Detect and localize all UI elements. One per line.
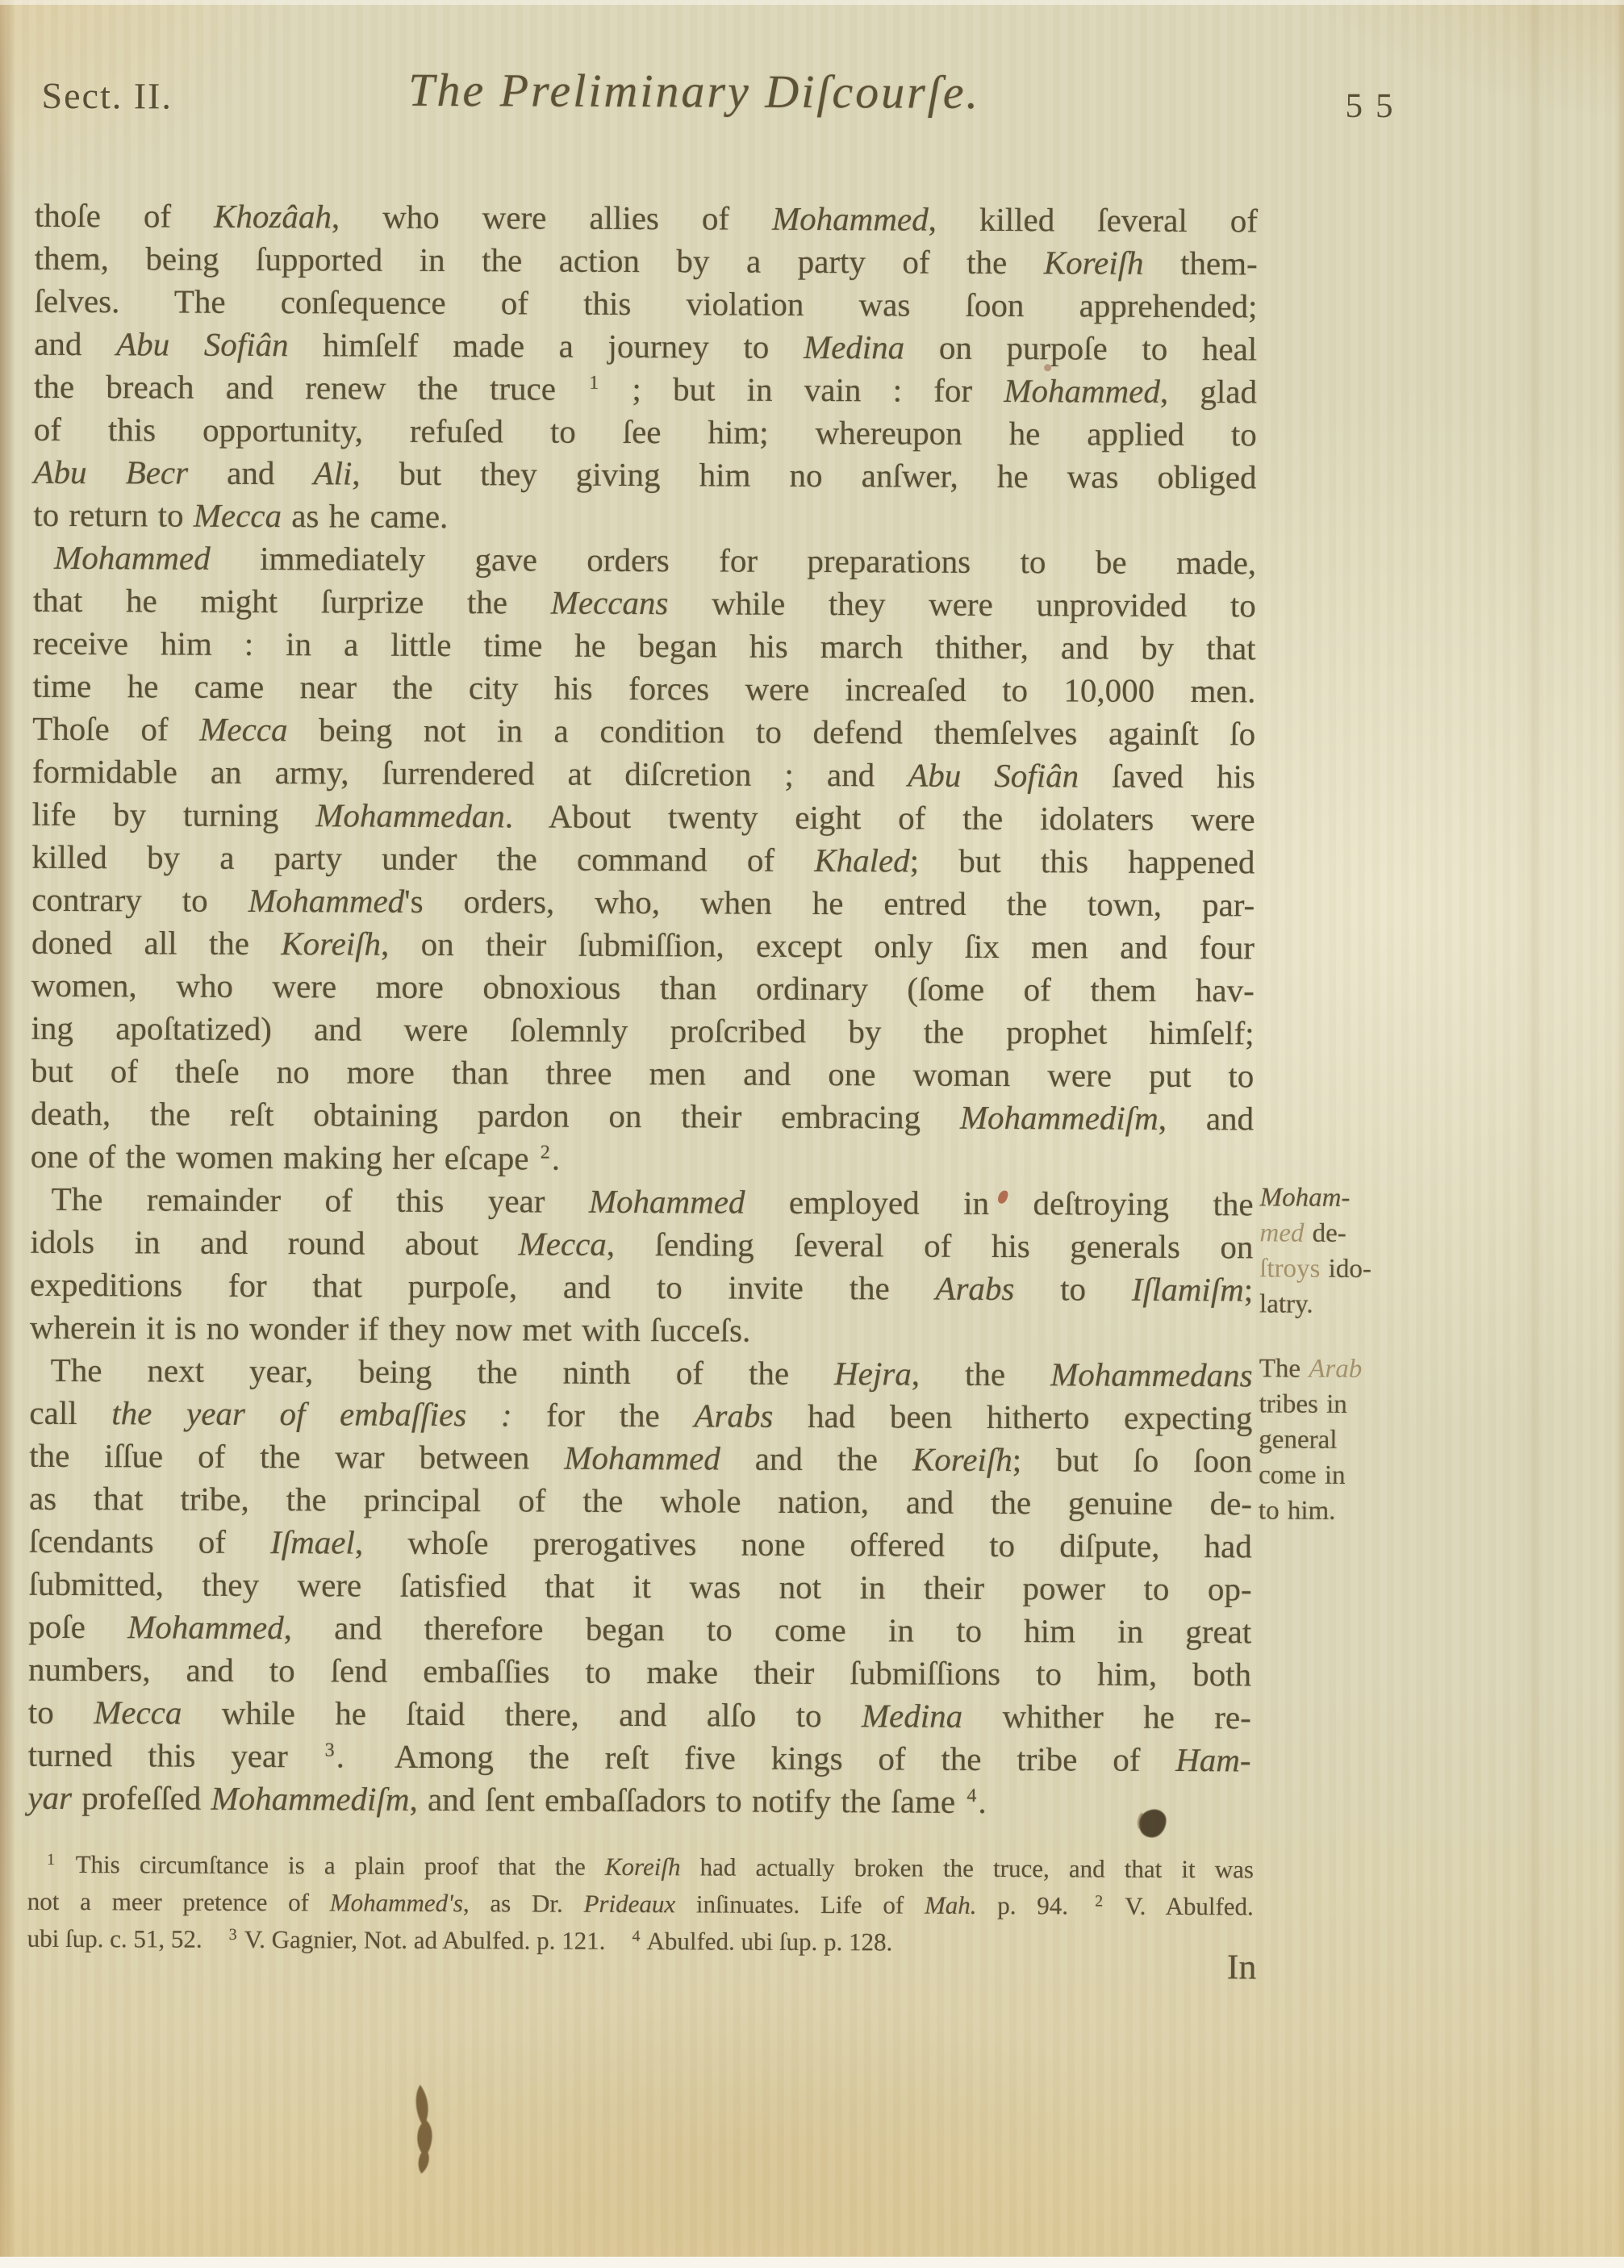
text-line: turned this year 3. Among the reſt five … bbox=[28, 1734, 1251, 1782]
text-line: general bbox=[1259, 1422, 1420, 1458]
text-line: med de- bbox=[1259, 1215, 1421, 1251]
text-line: of this opportunity, refuſed to ſee him;… bbox=[34, 408, 1257, 457]
catchword: In bbox=[1085, 1945, 1256, 1987]
text-segment: and bbox=[34, 325, 116, 362]
text-segment: not a meer pretence of bbox=[27, 1887, 330, 1917]
text-segment: The next year, being the ninth of the bbox=[51, 1351, 835, 1392]
page-number: 55 bbox=[1345, 86, 1405, 126]
text-segment: Mecca bbox=[519, 1225, 607, 1262]
text-line: death, the reſt obtaining pardon on thei… bbox=[31, 1092, 1254, 1141]
text-segment: Khaled bbox=[814, 842, 910, 879]
text-line: wherein it is no wonder if they now met … bbox=[30, 1306, 1253, 1355]
text-segment: , the bbox=[912, 1355, 1051, 1393]
text-segment: . About twenty eight of the idolaters we… bbox=[505, 797, 1255, 837]
margin-note-mohammed-destroys-idolatry: Moham-med de-ſtroys ido-latry. bbox=[1259, 1180, 1422, 1322]
text-segment: had been hitherto expecting bbox=[773, 1397, 1252, 1437]
text-line: not a meer pretence of Mohammed's, as Dr… bbox=[27, 1883, 1254, 1926]
text-line: women, who were more obnoxious than ordi… bbox=[31, 964, 1255, 1013]
text-segment: Arabs bbox=[935, 1270, 1014, 1307]
footnote-marker: 1 bbox=[47, 1851, 55, 1869]
text-segment: Arab bbox=[1309, 1355, 1362, 1384]
text-line: ing apoſtatized) and were ſolemnly proſc… bbox=[31, 1007, 1254, 1055]
text-segment: inſinuates. Life of bbox=[675, 1890, 925, 1919]
text-segment: wherein it is no wonder if they now met … bbox=[30, 1309, 751, 1349]
text-segment: as that tribe, the principal of the whol… bbox=[29, 1480, 1252, 1522]
text-line: yar profeſſed Mohammediſm, and ſent emba… bbox=[27, 1777, 1250, 1825]
text-segment: doned all the bbox=[31, 924, 282, 962]
text-line: Mohammed immediately gave orders for pre… bbox=[33, 537, 1256, 585]
text-segment: , as Dr. bbox=[463, 1889, 584, 1918]
footnote-marker: 4 bbox=[966, 1786, 976, 1806]
page-content: Sect. II. The Preliminary Diſcourſe. 55 … bbox=[0, 0, 1624, 2268]
text-segment: death, the reſt obtaining pardon on thei… bbox=[31, 1095, 960, 1136]
text-segment: them, being ſupported in the action by a… bbox=[35, 240, 1044, 281]
text-line: time he came near the city his forces we… bbox=[32, 665, 1255, 713]
text-segment: Koreiſh bbox=[605, 1852, 681, 1881]
text-segment: 's orders, who, when he entred the town,… bbox=[404, 883, 1255, 924]
text-segment: Arabs bbox=[694, 1397, 773, 1434]
text-segment: med bbox=[1259, 1218, 1304, 1247]
text-segment: Koreiſh bbox=[1044, 244, 1144, 282]
text-segment: . bbox=[978, 1783, 986, 1820]
text-segment: Ham- bbox=[1175, 1741, 1251, 1778]
text-segment: profeſſed bbox=[72, 1779, 211, 1817]
text-segment: Mohammed bbox=[1004, 372, 1160, 410]
text-segment: , on their ſubmiſſion, except only ſix m… bbox=[381, 925, 1255, 967]
text-line: as that tribe, the principal of the whol… bbox=[29, 1477, 1252, 1526]
text-line: and Abu Sofiân himſelf made a journey to… bbox=[34, 323, 1257, 371]
text-segment: Mohammed bbox=[248, 882, 405, 920]
text-segment: The bbox=[1259, 1354, 1309, 1383]
footnote-marker: 2 bbox=[541, 1142, 550, 1163]
text-segment: the iſſue of the war between bbox=[29, 1437, 564, 1476]
text-segment: the year of embaſſies : bbox=[111, 1394, 511, 1433]
text-segment: ſcendants of bbox=[29, 1522, 271, 1560]
text-segment: , and therefore began to come in to him … bbox=[284, 1609, 1252, 1650]
text-segment: The remainder of this year bbox=[52, 1180, 589, 1220]
text-segment: Mecca bbox=[94, 1694, 182, 1731]
text-segment: Medina bbox=[862, 1697, 962, 1735]
text-line: ſcendants of Iſmael, whoſe prerogatives … bbox=[29, 1520, 1252, 1568]
text-segment: them- bbox=[1143, 244, 1257, 282]
text-segment: numbers, and to ſend embaſſies to make t… bbox=[28, 1651, 1251, 1694]
text-line: tribes in bbox=[1259, 1386, 1420, 1422]
text-segment: whither he re- bbox=[962, 1698, 1251, 1736]
text-segment: ubi ſup. c. 51, 52. bbox=[27, 1924, 228, 1953]
text-segment: , glad bbox=[1160, 373, 1257, 411]
text-segment: turned this year bbox=[28, 1736, 324, 1775]
text-segment: formidable an army, ſurrendered at diſcr… bbox=[32, 753, 908, 794]
text-line: but of theſe no more than three men and … bbox=[31, 1050, 1254, 1098]
text-segment: ; but in vain : for bbox=[600, 370, 1004, 409]
text-line: that he might ſurprize the Meccans while… bbox=[33, 579, 1256, 628]
text-line: to him. bbox=[1259, 1493, 1420, 1529]
text-segment: Mohammed's bbox=[330, 1888, 463, 1917]
text-segment: , and bbox=[1159, 1100, 1254, 1138]
margin-note-arab-tribes-come-in: The Arabtribes ingeneralcome into him. bbox=[1259, 1351, 1421, 1529]
text-line: to return to Mecca as he came. bbox=[33, 494, 1256, 542]
text-segment: This circumſtance is a plain proof that … bbox=[56, 1850, 605, 1881]
text-segment: expeditions for that purpoſe, and to inv… bbox=[30, 1266, 935, 1307]
text-segment: Koreiſh bbox=[281, 925, 381, 963]
text-line: The next year, being the ninth of the He… bbox=[30, 1349, 1253, 1397]
footnote-marker: 3 bbox=[229, 1926, 237, 1944]
text-segment: of this opportunity, refuſed to ſee him;… bbox=[34, 411, 1257, 453]
text-segment: , ſending ſeveral of his generals on bbox=[607, 1226, 1254, 1265]
text-segment: poſe bbox=[28, 1608, 127, 1646]
footnote-marker: 4 bbox=[632, 1928, 640, 1945]
footnotes: 1 This circumſtance is a plain proof tha… bbox=[27, 1846, 1255, 1963]
text-segment: Mohammed bbox=[54, 539, 211, 577]
text-segment: Mecca bbox=[199, 711, 287, 748]
text-line: idols in and round about Mecca, ſending … bbox=[30, 1221, 1253, 1269]
text-line: call the year of embaſſies : for the Ara… bbox=[29, 1392, 1252, 1440]
running-title: The Preliminary Diſcourſe. bbox=[351, 62, 1037, 119]
text-line: receive him : in a little time he began … bbox=[33, 622, 1256, 670]
footnote-marker: 1 bbox=[589, 373, 599, 394]
text-line: Thoſe of Mecca being not in a condition … bbox=[32, 708, 1255, 756]
text-segment: to him. bbox=[1259, 1496, 1336, 1525]
text-segment: as he came. bbox=[282, 497, 449, 535]
text-segment: while they were unprovided to bbox=[668, 584, 1256, 624]
text-line: thoſe of Khozâah, who were allies of Moh… bbox=[35, 194, 1258, 243]
text-segment: had actually broken the truce, and that … bbox=[680, 1852, 1254, 1883]
text-segment: Iſmael bbox=[270, 1523, 355, 1560]
scan-edge-top bbox=[0, 0, 1624, 5]
text-segment: Mohammed bbox=[127, 1608, 284, 1646]
text-segment: V. Abulfed. bbox=[1104, 1892, 1254, 1921]
section-label: Sect. II. bbox=[41, 74, 173, 118]
text-segment: and bbox=[188, 454, 314, 492]
text-segment: to bbox=[28, 1694, 94, 1731]
text-segment: Mohammed bbox=[589, 1183, 745, 1221]
text-segment: Prideaux bbox=[583, 1890, 675, 1918]
text-segment: on purpoſe to heal bbox=[904, 328, 1257, 367]
text-segment: ſaved his bbox=[1079, 757, 1255, 795]
text-segment: Abu Becr bbox=[33, 453, 188, 491]
text-line: doned all the Koreiſh, on their ſubmiſſi… bbox=[31, 921, 1255, 970]
text-segment: Hejra bbox=[834, 1355, 912, 1392]
text-line: to Mecca while he ſtaid there, and alſo … bbox=[28, 1691, 1251, 1740]
text-segment: tribes in bbox=[1259, 1389, 1346, 1418]
text-segment: de- bbox=[1304, 1219, 1346, 1248]
text-segment: , killed ſeveral of bbox=[929, 201, 1258, 240]
scan-edge-bottom bbox=[0, 2257, 1624, 2268]
text-segment: to return to bbox=[33, 496, 194, 534]
text-line: killed by a party under the command of K… bbox=[31, 836, 1255, 884]
text-segment: general bbox=[1259, 1425, 1337, 1454]
text-segment: immediately gave orders for preparations… bbox=[211, 540, 1257, 582]
text-segment: to bbox=[1014, 1270, 1132, 1308]
text-segment: Koreiſh bbox=[912, 1441, 1012, 1479]
ink-blot bbox=[1133, 1806, 1175, 1848]
text-line: ſtroys ido- bbox=[1259, 1251, 1421, 1287]
text-segment: while he ſtaid there, and alſo to bbox=[182, 1694, 862, 1735]
text-segment: Mecca bbox=[194, 497, 282, 534]
text-segment: ; but this happened bbox=[910, 842, 1255, 881]
text-segment: . bbox=[552, 1140, 560, 1177]
text-segment: p. 94. bbox=[976, 1891, 1093, 1920]
text-segment: Meccans bbox=[551, 584, 669, 622]
text-segment: women, who were more obnoxious than ordi… bbox=[31, 967, 1255, 1009]
text-line: numbers, and to ſend embaſſies to make t… bbox=[28, 1648, 1251, 1697]
text-segment: V. Gagnier, Not. ad Abulfed. p. 121. bbox=[239, 1925, 631, 1955]
text-segment: Abu Sofiân bbox=[908, 757, 1079, 795]
text-segment: himſelf made a journey to bbox=[288, 326, 804, 365]
ink-stroke-mark bbox=[397, 2078, 454, 2187]
text-segment: being not in a condition to defend themſ… bbox=[287, 711, 1255, 752]
text-line: Moham- bbox=[1260, 1180, 1422, 1216]
text-segment: Mohammedan bbox=[315, 796, 505, 834]
text-segment: Moham- bbox=[1260, 1183, 1351, 1212]
text-line: the iſſue of the war between Mohammed an… bbox=[29, 1435, 1252, 1483]
text-segment: ſubmitted, they were ſatisfied that it w… bbox=[28, 1565, 1251, 1608]
text-segment: killed by a party under the command of bbox=[31, 838, 814, 879]
text-segment: ido- bbox=[1320, 1255, 1371, 1284]
text-segment: come in bbox=[1259, 1460, 1346, 1489]
text-segment: . Among the reſt five kings of the tribe… bbox=[336, 1737, 1176, 1778]
text-segment: contrary to bbox=[31, 881, 248, 919]
text-line: ſelves. The conſequence of this violatio… bbox=[34, 280, 1257, 328]
text-line: one of the women making her eſcape 2. bbox=[31, 1135, 1254, 1184]
text-segment: , who were allies of bbox=[332, 198, 772, 236]
text-segment: Abulfed. ubi ſup. p. 128. bbox=[641, 1927, 892, 1956]
text-line: ubi ſup. c. 51, 52. 3 V. Gagnier, Not. a… bbox=[27, 1920, 1254, 1963]
text-segment: the breach and renew the truce bbox=[34, 368, 587, 407]
text-segment: ſelves. The conſequence of this violatio… bbox=[34, 282, 1257, 325]
text-segment: Thoſe of bbox=[32, 710, 199, 748]
text-segment: Mohammed bbox=[564, 1439, 720, 1477]
text-segment: but of theſe no more than three men and … bbox=[31, 1052, 1254, 1095]
text-segment: Mohammedans bbox=[1050, 1355, 1253, 1393]
text-segment: life by turning bbox=[32, 796, 316, 834]
text-line: The remainder of this year Mohammed empl… bbox=[31, 1178, 1254, 1226]
text-segment: that he might ſurprize the bbox=[33, 582, 551, 621]
text-segment: Khozâah bbox=[214, 198, 332, 236]
text-segment: Mohammediſm bbox=[960, 1099, 1159, 1137]
text-line: the breach and renew the truce 1 ; but i… bbox=[34, 365, 1257, 414]
text-segment: time he came near the city his forces we… bbox=[32, 667, 1255, 710]
body-text: thoſe of Khozâah, who were allies of Moh… bbox=[27, 194, 1258, 1825]
text-segment: call bbox=[29, 1394, 111, 1431]
text-segment: Iſlamiſm bbox=[1132, 1271, 1244, 1309]
text-segment: for the bbox=[511, 1396, 694, 1434]
text-segment: and the bbox=[720, 1440, 912, 1478]
text-segment: receive him : in a little time he began … bbox=[33, 624, 1256, 667]
text-segment: , whoſe prerogatives none offered to diſ… bbox=[355, 1524, 1252, 1565]
text-segment: one of the women making her eſcape bbox=[31, 1138, 539, 1177]
text-line: expeditions for that purpoſe, and to inv… bbox=[30, 1263, 1253, 1312]
text-segment: Mah. bbox=[925, 1891, 977, 1919]
text-segment: Mohammediſm bbox=[211, 1780, 409, 1818]
text-segment: ; but ſo ſoon bbox=[1012, 1441, 1253, 1479]
text-segment: yar bbox=[27, 1779, 72, 1816]
text-line: latry. bbox=[1259, 1286, 1421, 1322]
text-line: contrary to Mohammed's orders, who, when… bbox=[31, 879, 1255, 927]
footnote-marker: 2 bbox=[1095, 1893, 1103, 1911]
footnote-marker: 3 bbox=[325, 1740, 335, 1761]
text-segment: ; bbox=[1244, 1271, 1254, 1308]
text-line: Abu Becr and Ali, but they giving him no… bbox=[33, 451, 1256, 499]
text-segment: Mohammed bbox=[772, 200, 929, 238]
scanned-book-page: { "document": { "kind": "scanned-book-pa… bbox=[0, 0, 1624, 2268]
text-segment: , but they giving him no anſwer, he was … bbox=[352, 455, 1256, 496]
text-line: come in bbox=[1259, 1457, 1420, 1493]
text-line: The Arab bbox=[1259, 1351, 1421, 1387]
text-segment: Medina bbox=[804, 328, 904, 366]
text-line: 1 This circumſtance is a plain proof tha… bbox=[27, 1846, 1254, 1889]
dot-speck bbox=[1044, 364, 1051, 371]
text-segment: , and ſent embaſſadors to notify the ſam… bbox=[409, 1781, 965, 1820]
text-segment: thoſe of bbox=[35, 197, 214, 235]
text-segment: Abu Sofiân bbox=[116, 325, 289, 363]
text-line: ſubmitted, they were ſatisfied that it w… bbox=[28, 1563, 1251, 1611]
text-line: formidable an army, ſurrendered at diſcr… bbox=[32, 750, 1255, 799]
text-segment: latry. bbox=[1259, 1289, 1313, 1318]
text-line: life by turning Mohammedan. About twenty… bbox=[32, 793, 1255, 842]
text-line: them, being ſupported in the action by a… bbox=[35, 237, 1258, 286]
text-segment: Ali bbox=[313, 454, 352, 491]
text-line: poſe Mohammed, and therefore began to co… bbox=[28, 1606, 1251, 1654]
text-segment: ſtroys bbox=[1259, 1254, 1320, 1283]
text-segment: ing apoſtatized) and were ſolemnly proſc… bbox=[31, 1009, 1254, 1052]
text-segment: idols in and round about bbox=[30, 1223, 518, 1263]
